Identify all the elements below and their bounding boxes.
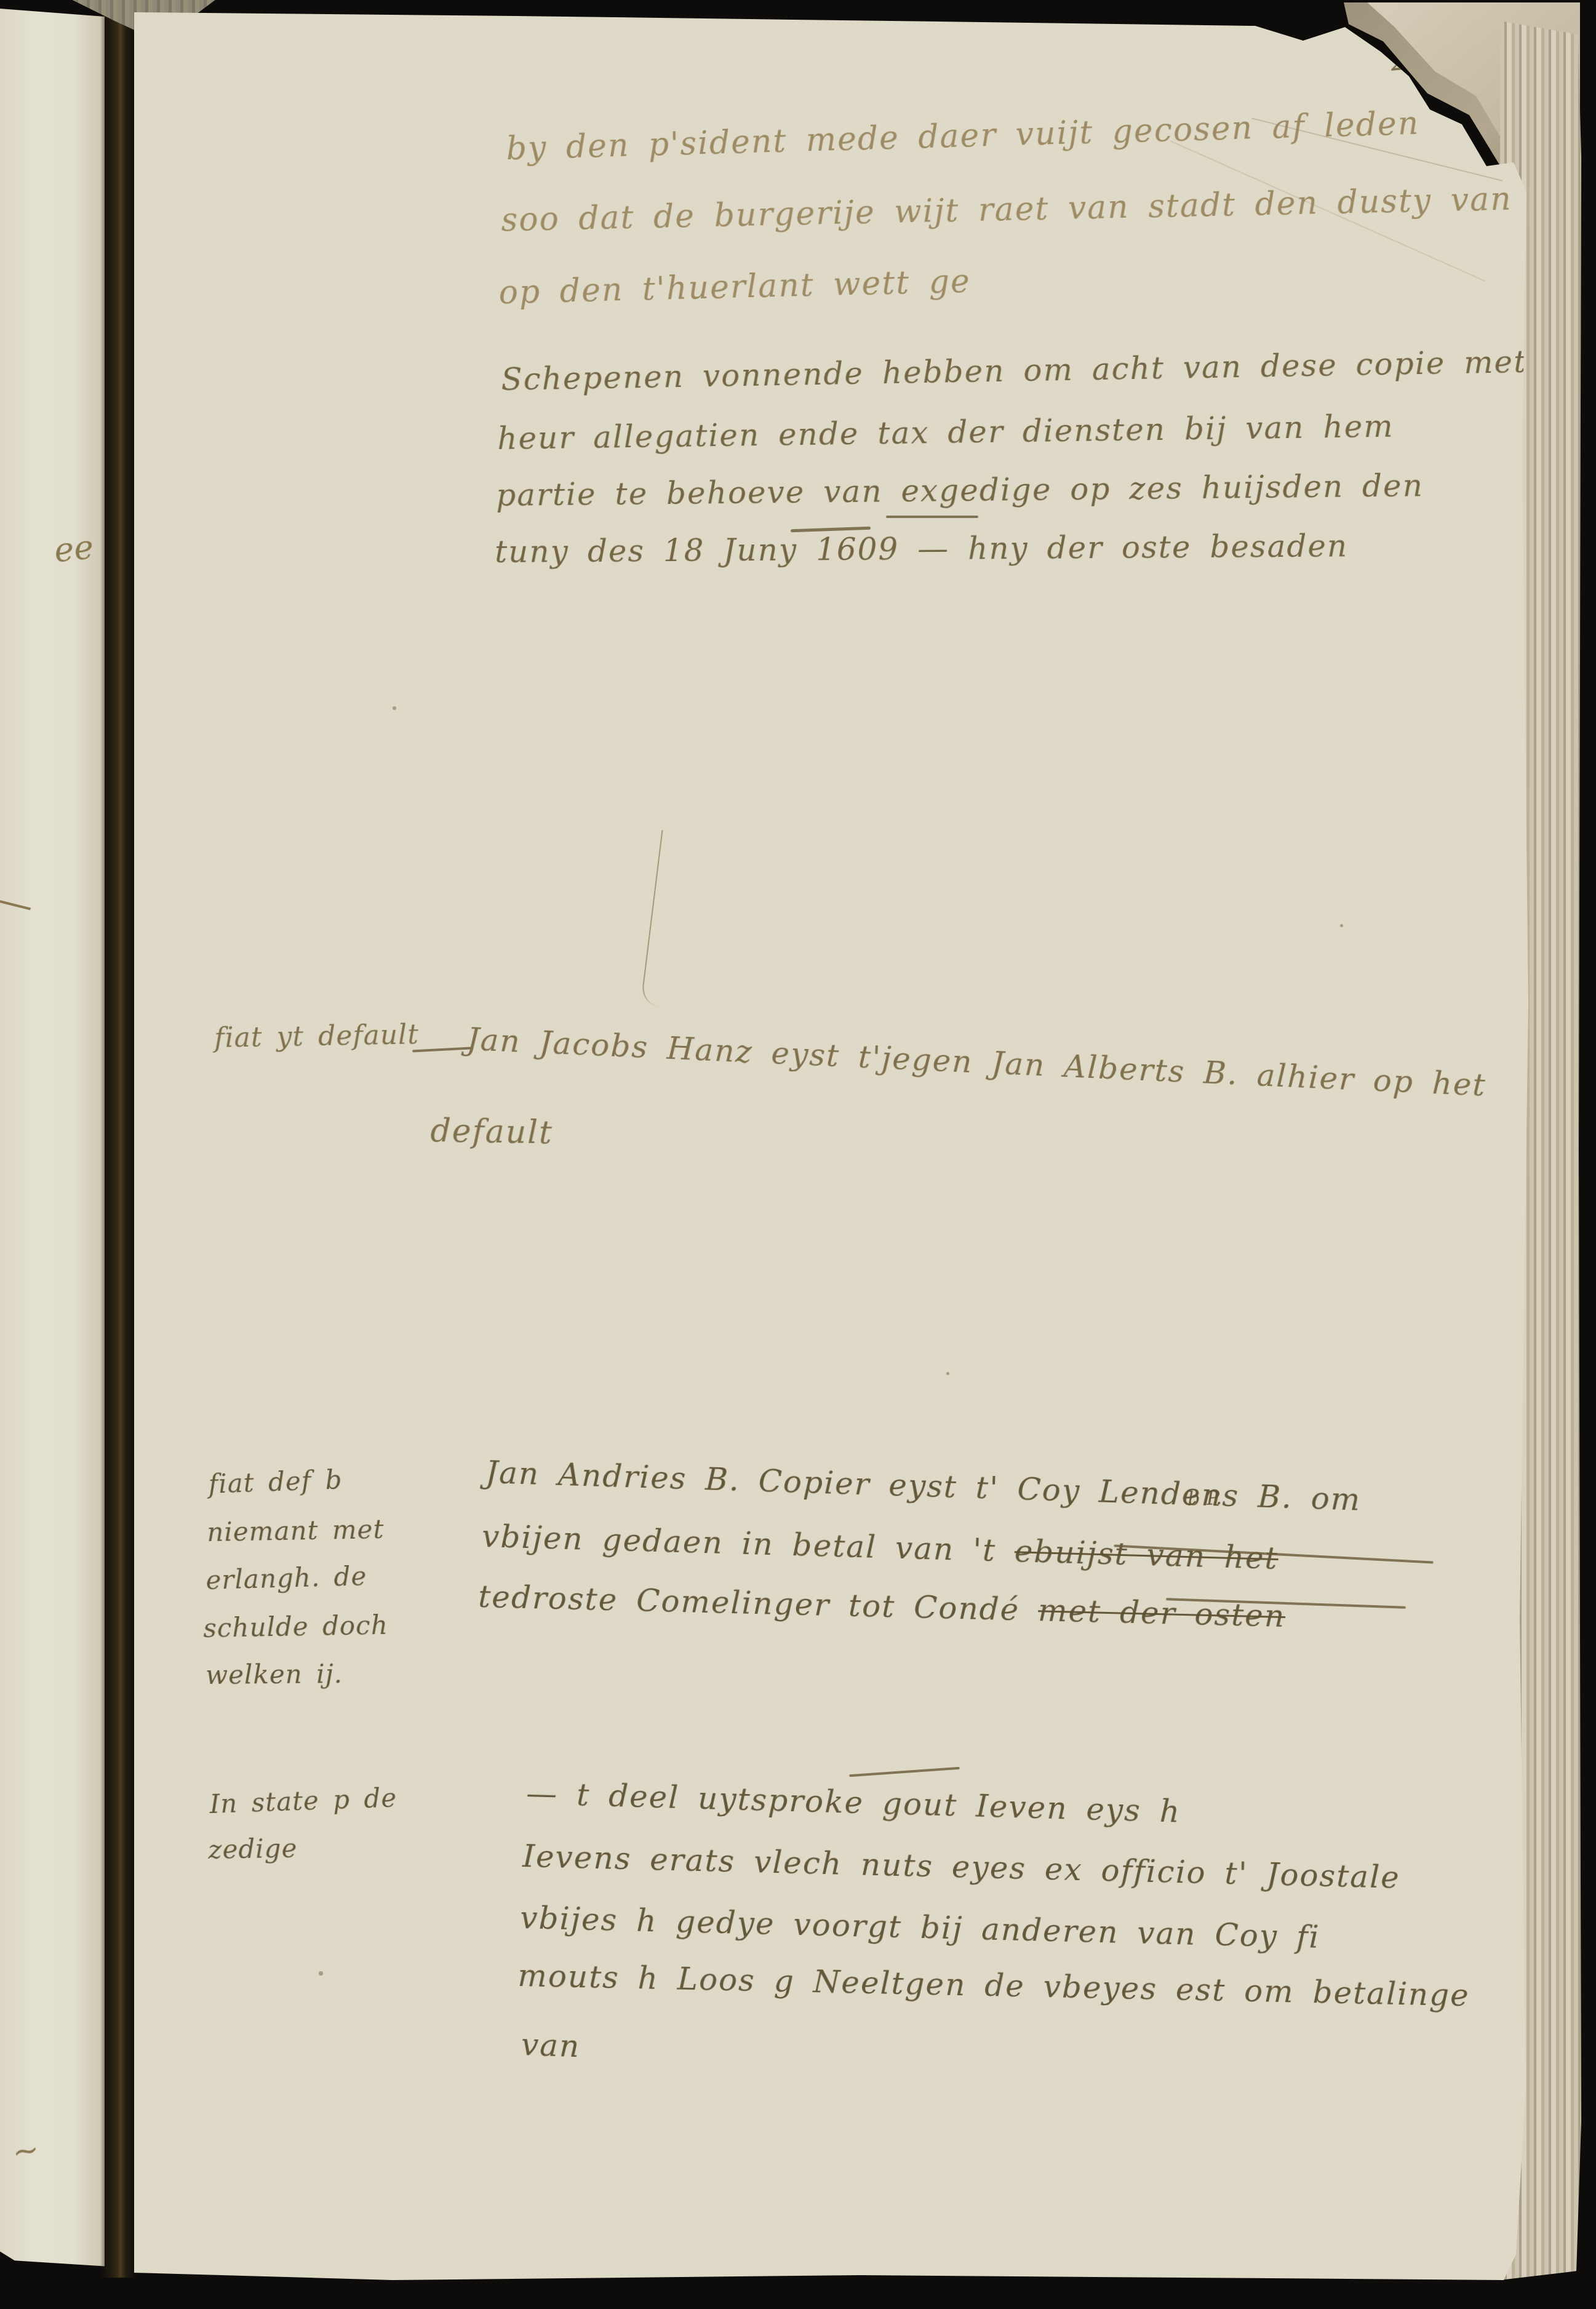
entry-5-margin-line-2: zedige	[208, 1835, 298, 1863]
entry-3-margin-note: fiat yt default	[214, 1021, 419, 1052]
entry-4-line-3: tedroste Comelinger tot Condé met der os…	[478, 1581, 1286, 1632]
pen-flourish	[849, 1767, 960, 1777]
pen-flourish	[412, 1047, 471, 1052]
ink-speck	[1340, 924, 1343, 927]
entry-4-line-1: Jan Andries B. Copier eyst t' Coy Lenden…	[485, 1457, 1362, 1515]
entry-5-line-4: mouts h Loos g Neeltgen de vbeyes est om…	[517, 1960, 1470, 2011]
entry-2-line-2: heur allegatien ende tax der diensten bi…	[497, 411, 1394, 454]
entry-5-margin-line-1: In state p de	[209, 1785, 397, 1817]
entry-2-line-3: partie te behoeve van exgedige op zes hu…	[496, 470, 1424, 511]
entry-4-superscript-note: b P.	[1187, 1486, 1222, 1510]
entry-5-line-2: Ievens erats vlech nuts eyes ex officio …	[522, 1841, 1401, 1893]
ink-speck	[946, 1372, 949, 1375]
entry-4-margin-line-1: fiat def b	[208, 1467, 343, 1497]
ink-hairline-mark	[640, 830, 682, 1007]
ink-speck	[319, 1971, 323, 1976]
ink-speck	[393, 706, 396, 710]
manuscript-scan: ee — ~ 209 by den p'sident mede daer vui…	[0, 0, 1596, 2309]
facing-page-ink-fragment: —	[0, 877, 38, 928]
entry-4-line-3-text: tedroste Comelinger tot Condé	[478, 1579, 1039, 1628]
entry-4-line-3-struck-text: met der osten	[1038, 1592, 1286, 1634]
entry-4-margin-line-3: erlangh. de	[205, 1563, 367, 1593]
entry-4-margin-line-4: schulde doch	[203, 1613, 388, 1641]
manuscript-page: 209 by den p'sident mede daer vuijt geco…	[134, 7, 1574, 2280]
entry-4-margin-line-5: welken ij.	[205, 1661, 343, 1688]
entry-4-line-2-text: vbijen gedaen in betal van 't	[481, 1518, 1015, 1569]
entry-5-line-3: vbijes h gedye voorgt bij anderen van Co…	[520, 1902, 1320, 1953]
gutter-shadow	[100, 6, 136, 2278]
entry-2-line-4: tuny des 18 Juny 1609 — hny der oste bes…	[495, 530, 1348, 567]
facing-page-ink-fragment: ee	[52, 527, 95, 570]
entry-3-line-1: Jan Jacobs Hanz eyst t'jegen Jan Alberts…	[466, 1024, 1487, 1101]
entry-3-line-2: default	[430, 1115, 553, 1149]
entry-4-line-2-struck-text: ebuijst van het	[1014, 1533, 1279, 1576]
entry-2-line-1: Schepenen vonnende hebben om acht van de…	[501, 346, 1528, 395]
entry-1-line-2: soo dat de burgerije wijt raet van stadt…	[501, 183, 1512, 236]
facing-page-ink-fragment: ~	[9, 2131, 42, 2172]
entry-5-line-1: — t deel uytsproke gout Ieven eys h	[526, 1778, 1181, 1827]
entry-5-line-5: van	[521, 2029, 581, 2062]
entry-4-margin-line-2: niemant met	[207, 1517, 385, 1545]
pen-flourish	[886, 516, 978, 518]
entry-1-line-3: op den t'huerlant wett ge	[498, 265, 971, 309]
entry-1-line-1: by den p'sident mede daer vuijt gecosen …	[506, 108, 1420, 165]
facing-page-edge: ee — ~	[0, 9, 105, 2276]
